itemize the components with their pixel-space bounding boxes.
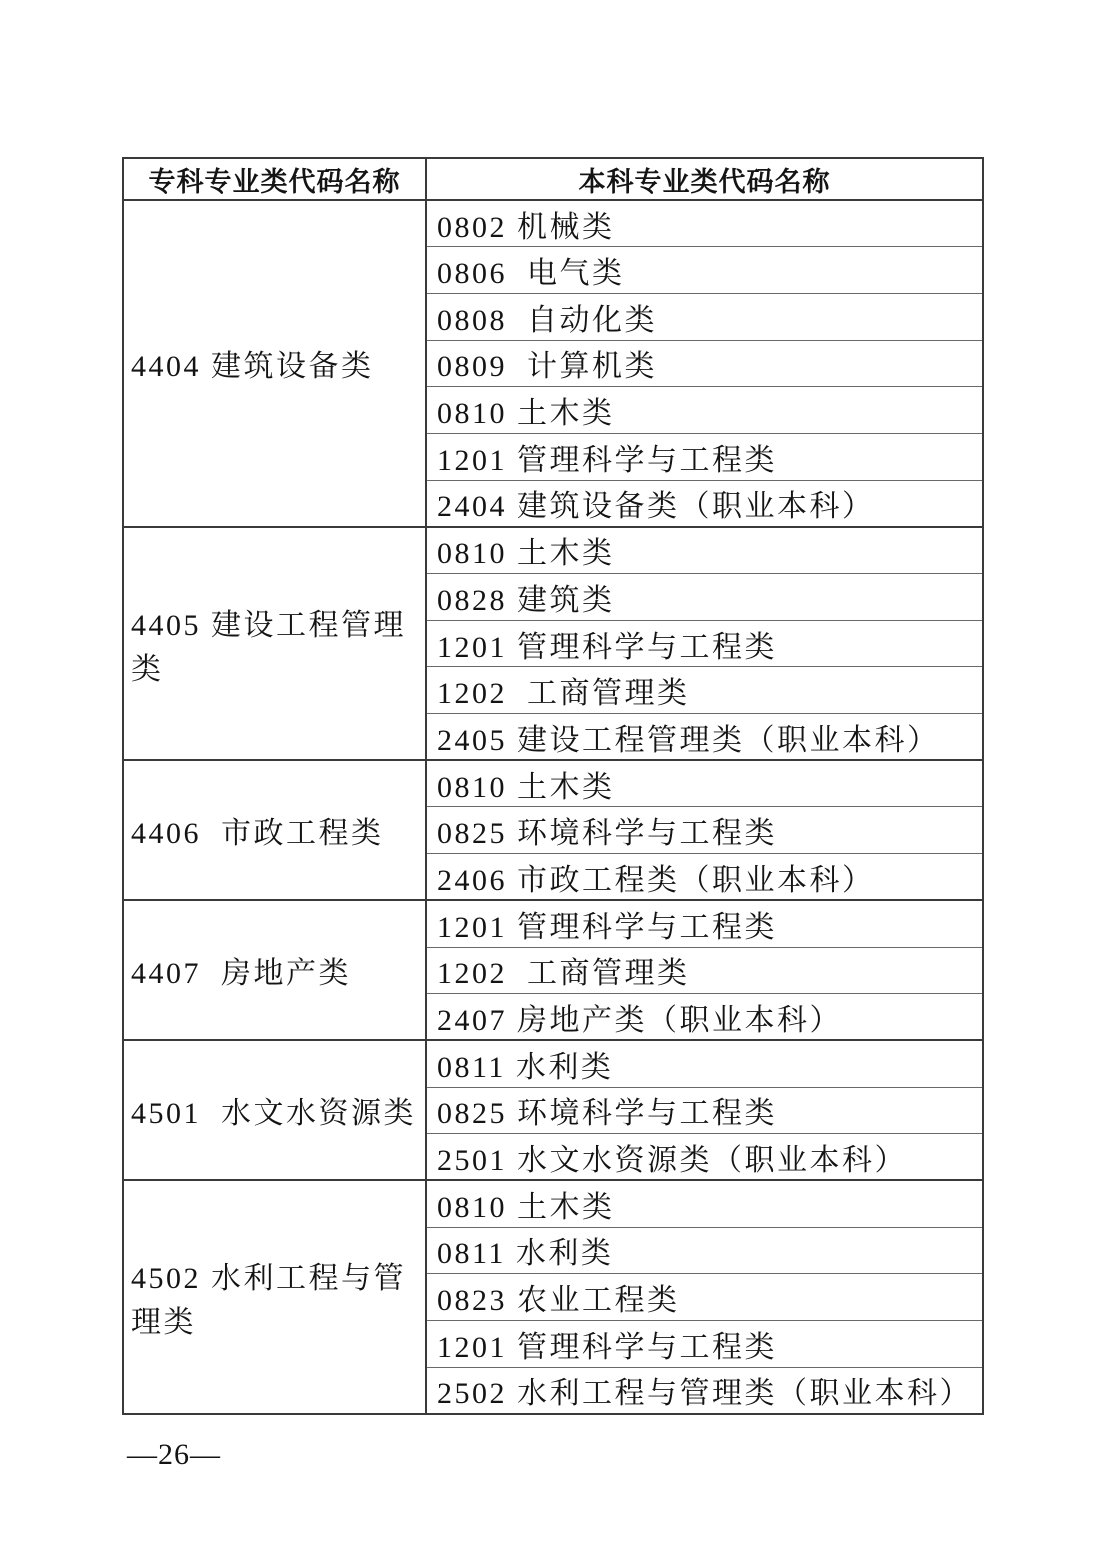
table-row: 4501 水文水资源类 0811 水利类 <box>123 1040 983 1087</box>
undergrad-major-cell: 2502 水利工程与管理类（职业本科） <box>426 1367 983 1414</box>
undergrad-major-cell: 1202 工商管理类 <box>426 947 983 994</box>
undergrad-major-cell: 0806 电气类 <box>426 247 983 294</box>
undergrad-major-cell: 1201 管理科学与工程类 <box>426 1321 983 1368</box>
undergrad-major-cell: 1201 管理科学与工程类 <box>426 900 983 947</box>
group-4404-cell: 4404 建筑设备类 <box>123 200 426 527</box>
undergrad-major-cell: 0825 环境科学与工程类 <box>426 1087 983 1134</box>
undergrad-major-cell: 2501 水文水资源类（职业本科） <box>426 1134 983 1181</box>
major-code-mapping-table: 专科专业类代码名称 本科专业类代码名称 4404 建筑设备类 0802 机械类 … <box>122 157 984 1415</box>
group-4406-cell: 4406 市政工程类 <box>123 760 426 900</box>
table-row: 4502 水利工程与管理类 0810 土木类 <box>123 1180 983 1227</box>
undergrad-major-cell: 1202 工商管理类 <box>426 667 983 714</box>
undergrad-major-cell: 0811 水利类 <box>426 1227 983 1274</box>
undergrad-major-cell: 2407 房地产类（职业本科） <box>426 994 983 1041</box>
table-header-row: 专科专业类代码名称 本科专业类代码名称 <box>123 158 983 200</box>
undergrad-major-cell: 0825 环境科学与工程类 <box>426 807 983 854</box>
group-4407-cell: 4407 房地产类 <box>123 900 426 1040</box>
undergrad-major-cell: 0810 土木类 <box>426 760 983 807</box>
header-undergraduate-majors: 本科专业类代码名称 <box>426 158 983 200</box>
undergrad-major-cell: 0810 土木类 <box>426 1180 983 1227</box>
undergrad-major-cell: 0810 土木类 <box>426 387 983 434</box>
table-row: 4405 建设工程管理类 0810 土木类 <box>123 527 983 574</box>
undergrad-major-cell: 2405 建设工程管理类（职业本科） <box>426 714 983 761</box>
undergrad-major-cell: 0810 土木类 <box>426 527 983 574</box>
header-vocational-majors: 专科专业类代码名称 <box>123 158 426 200</box>
document-page: 专科专业类代码名称 本科专业类代码名称 4404 建筑设备类 0802 机械类 … <box>0 0 1102 1559</box>
undergrad-major-cell: 1201 管理科学与工程类 <box>426 620 983 667</box>
undergrad-major-cell: 0802 机械类 <box>426 200 983 247</box>
undergrad-major-cell: 0823 农业工程类 <box>426 1274 983 1321</box>
group-4502-cell: 4502 水利工程与管理类 <box>123 1180 426 1413</box>
undergrad-major-cell: 2406 市政工程类（职业本科） <box>426 854 983 901</box>
page-number: —26— <box>127 1438 221 1472</box>
undergrad-major-cell: 2404 建筑设备类（职业本科） <box>426 480 983 527</box>
table-row: 4404 建筑设备类 0802 机械类 <box>123 200 983 247</box>
group-4405-cell: 4405 建设工程管理类 <box>123 527 426 760</box>
undergrad-major-cell: 1201 管理科学与工程类 <box>426 433 983 480</box>
undergrad-major-cell: 0828 建筑类 <box>426 574 983 621</box>
undergrad-major-cell: 0811 水利类 <box>426 1040 983 1087</box>
undergrad-major-cell: 0809 计算机类 <box>426 340 983 387</box>
undergrad-major-cell: 0808 自动化类 <box>426 293 983 340</box>
table-row: 4407 房地产类 1201 管理科学与工程类 <box>123 900 983 947</box>
group-4501-cell: 4501 水文水资源类 <box>123 1040 426 1180</box>
table-row: 4406 市政工程类 0810 土木类 <box>123 760 983 807</box>
